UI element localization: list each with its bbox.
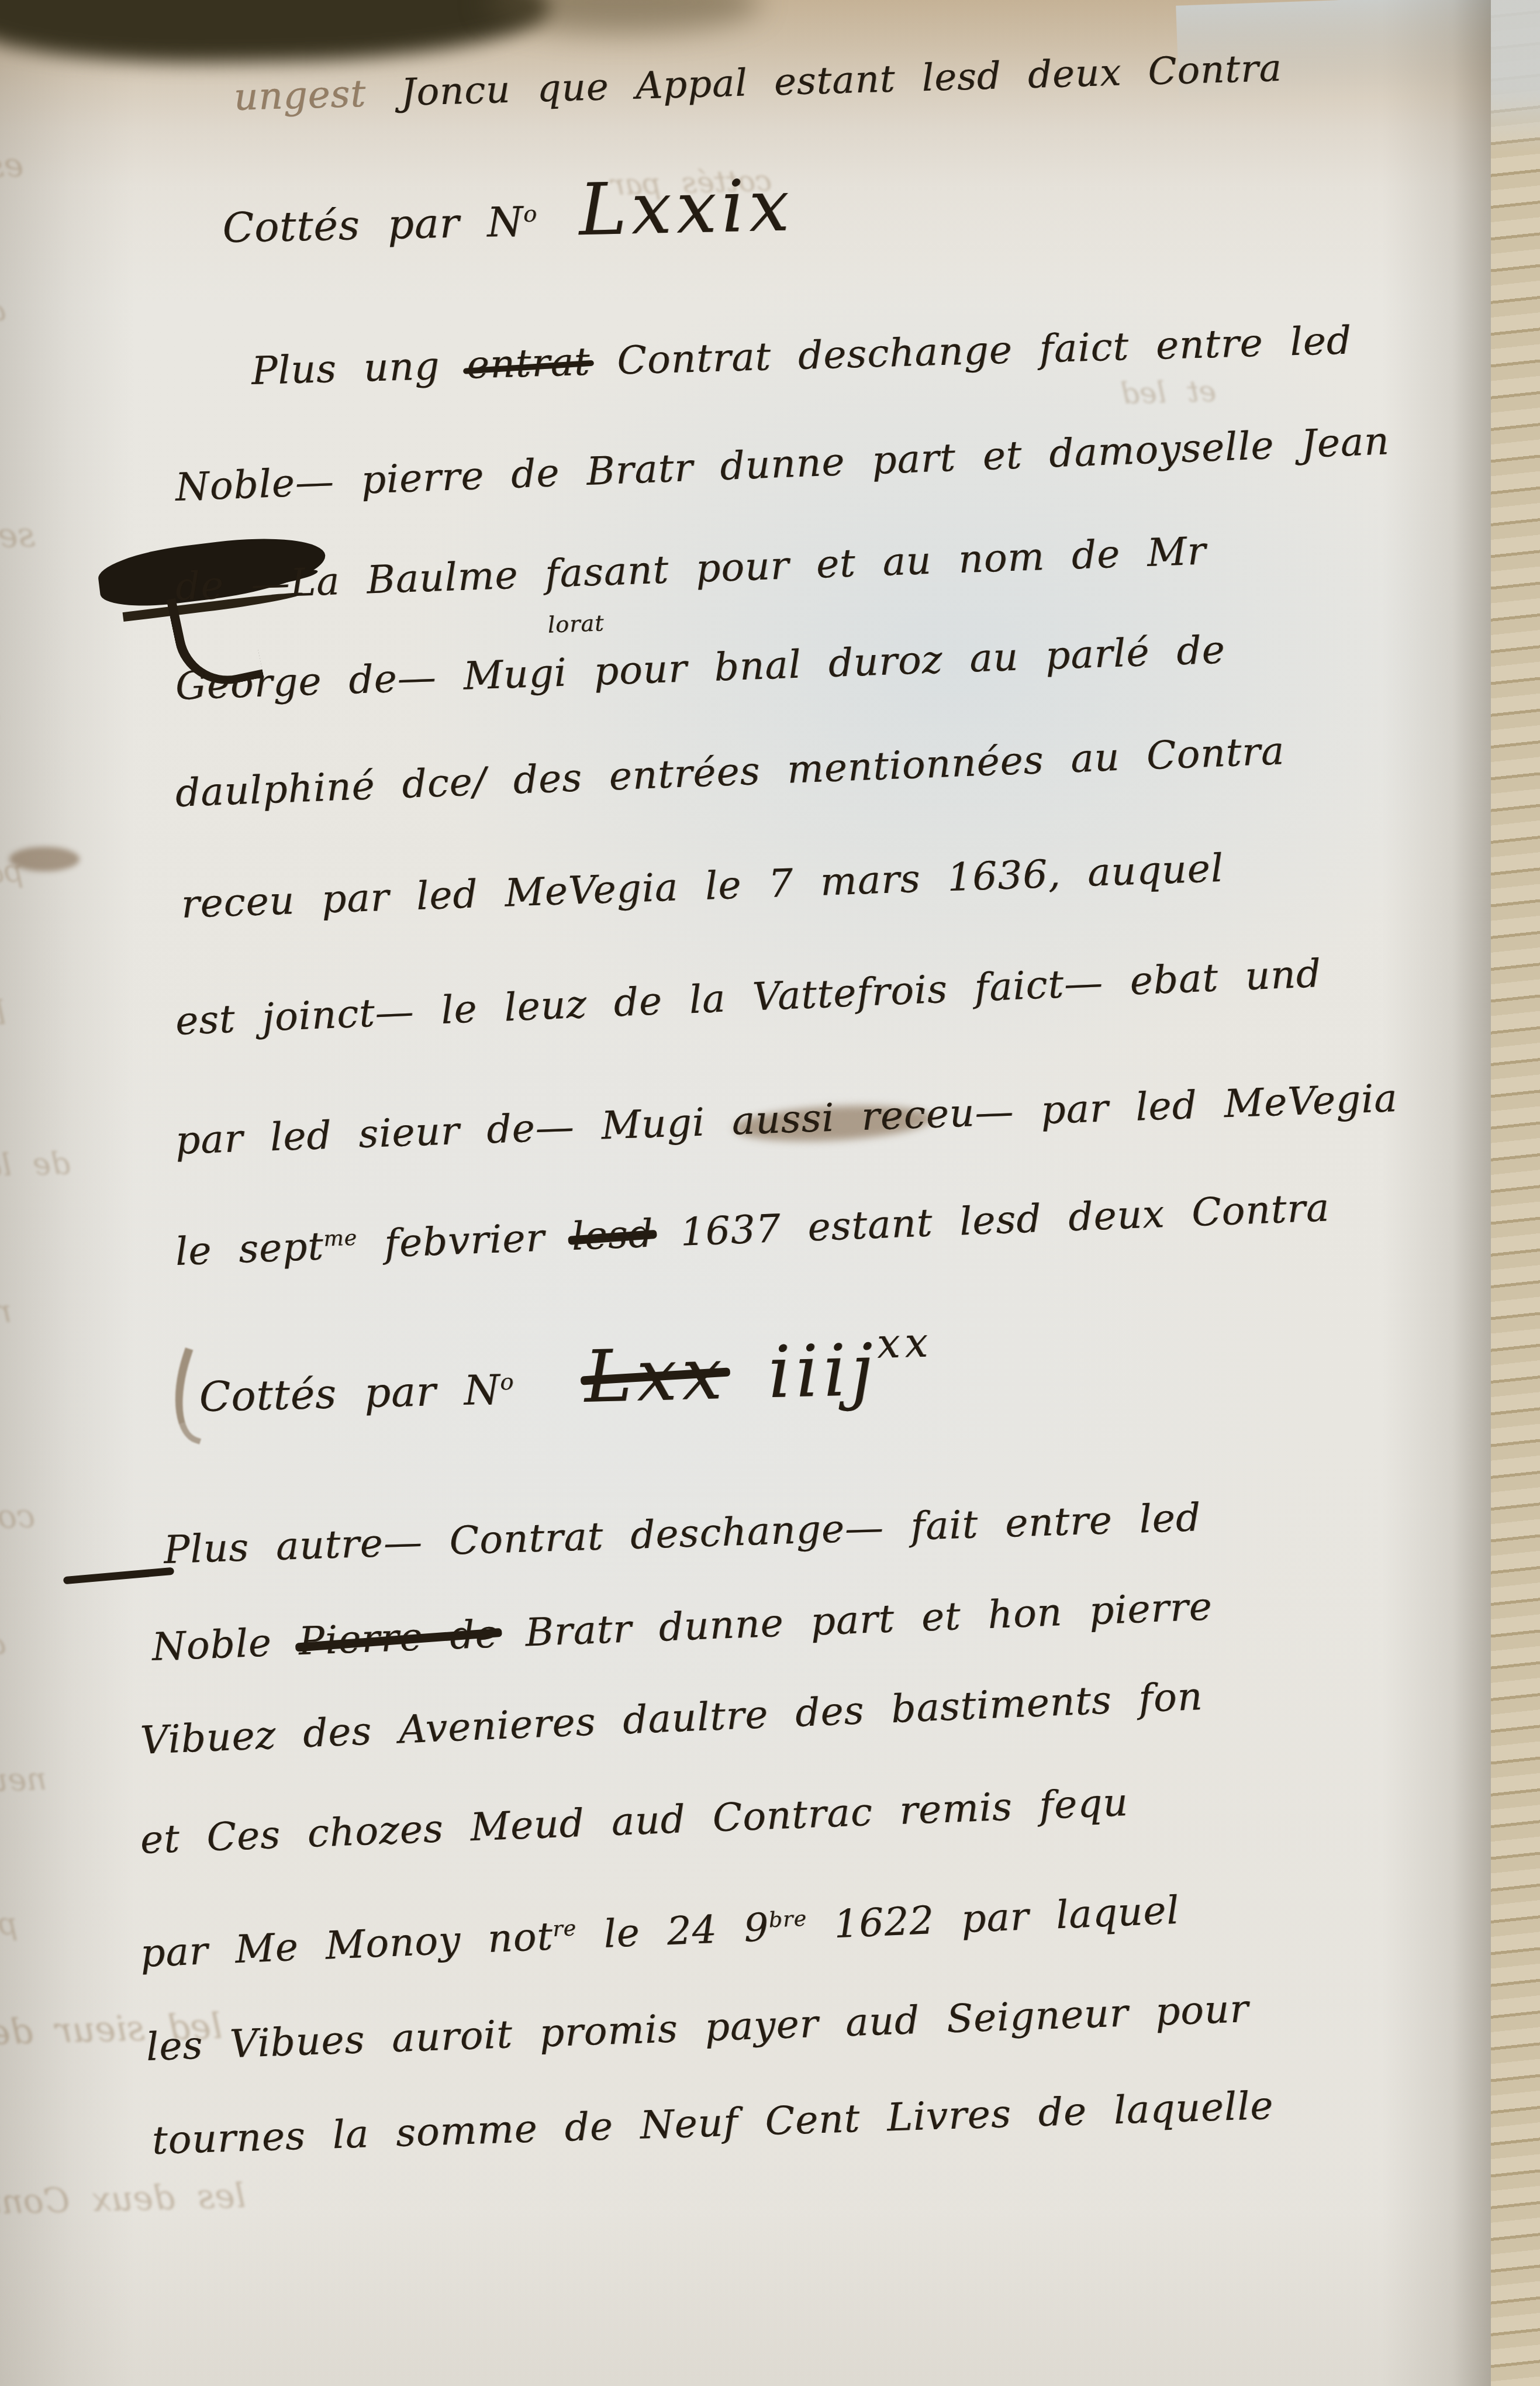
line-text: febvrier [357, 1214, 572, 1267]
line-text: Noble [151, 1619, 300, 1670]
line-text: Plus ung [251, 343, 467, 394]
showthrough-line: neuf cent [0, 1760, 47, 1801]
superscript: re [552, 1915, 577, 1942]
cote-number: Lxxix [537, 164, 795, 253]
superscript: bre [768, 1906, 807, 1933]
superscript: me [323, 1225, 358, 1251]
showthrough-line: aud seigneur [0, 1626, 6, 1667]
superscript: xx [876, 1318, 933, 1367]
showthrough-line: receu par led [0, 1292, 12, 1336]
showthrough-line: de la Vatte [0, 1146, 71, 1186]
line-text: le sept [175, 1223, 325, 1274]
manuscript-line cote-line: Cottés par No Lxxix [222, 164, 795, 259]
cote-number: iiij [726, 1328, 879, 1415]
ink-smudge-small [9, 847, 80, 871]
showthrough-line: et led [1120, 374, 1217, 411]
struck-word: Pierre de [298, 1611, 499, 1664]
page-curve-shadow [1382, 0, 1493, 2386]
struck-cote: Lxx [583, 1332, 727, 1419]
manuscript-line cote-line: Cottés par NoLxx iiijxx [198, 1318, 934, 1428]
book-fore-edge [1491, 0, 1540, 2386]
interlinear-word: lorat [547, 610, 605, 638]
manuscript-photo: es deux pour lesd aud sieur de la se que… [0, 0, 1540, 2386]
faded-word: ungest [233, 73, 367, 119]
showthrough-line: par laquelle [0, 1906, 18, 1947]
struck-word: lesd [571, 1211, 654, 1259]
superscript: o [523, 201, 538, 227]
line-text: le 24 9 [576, 1905, 770, 1958]
struck-word: entrat [466, 339, 591, 388]
line-text: Cottés par N [199, 1366, 501, 1421]
superscript: o [500, 1369, 515, 1396]
line-text: Cottés par N [222, 198, 524, 252]
